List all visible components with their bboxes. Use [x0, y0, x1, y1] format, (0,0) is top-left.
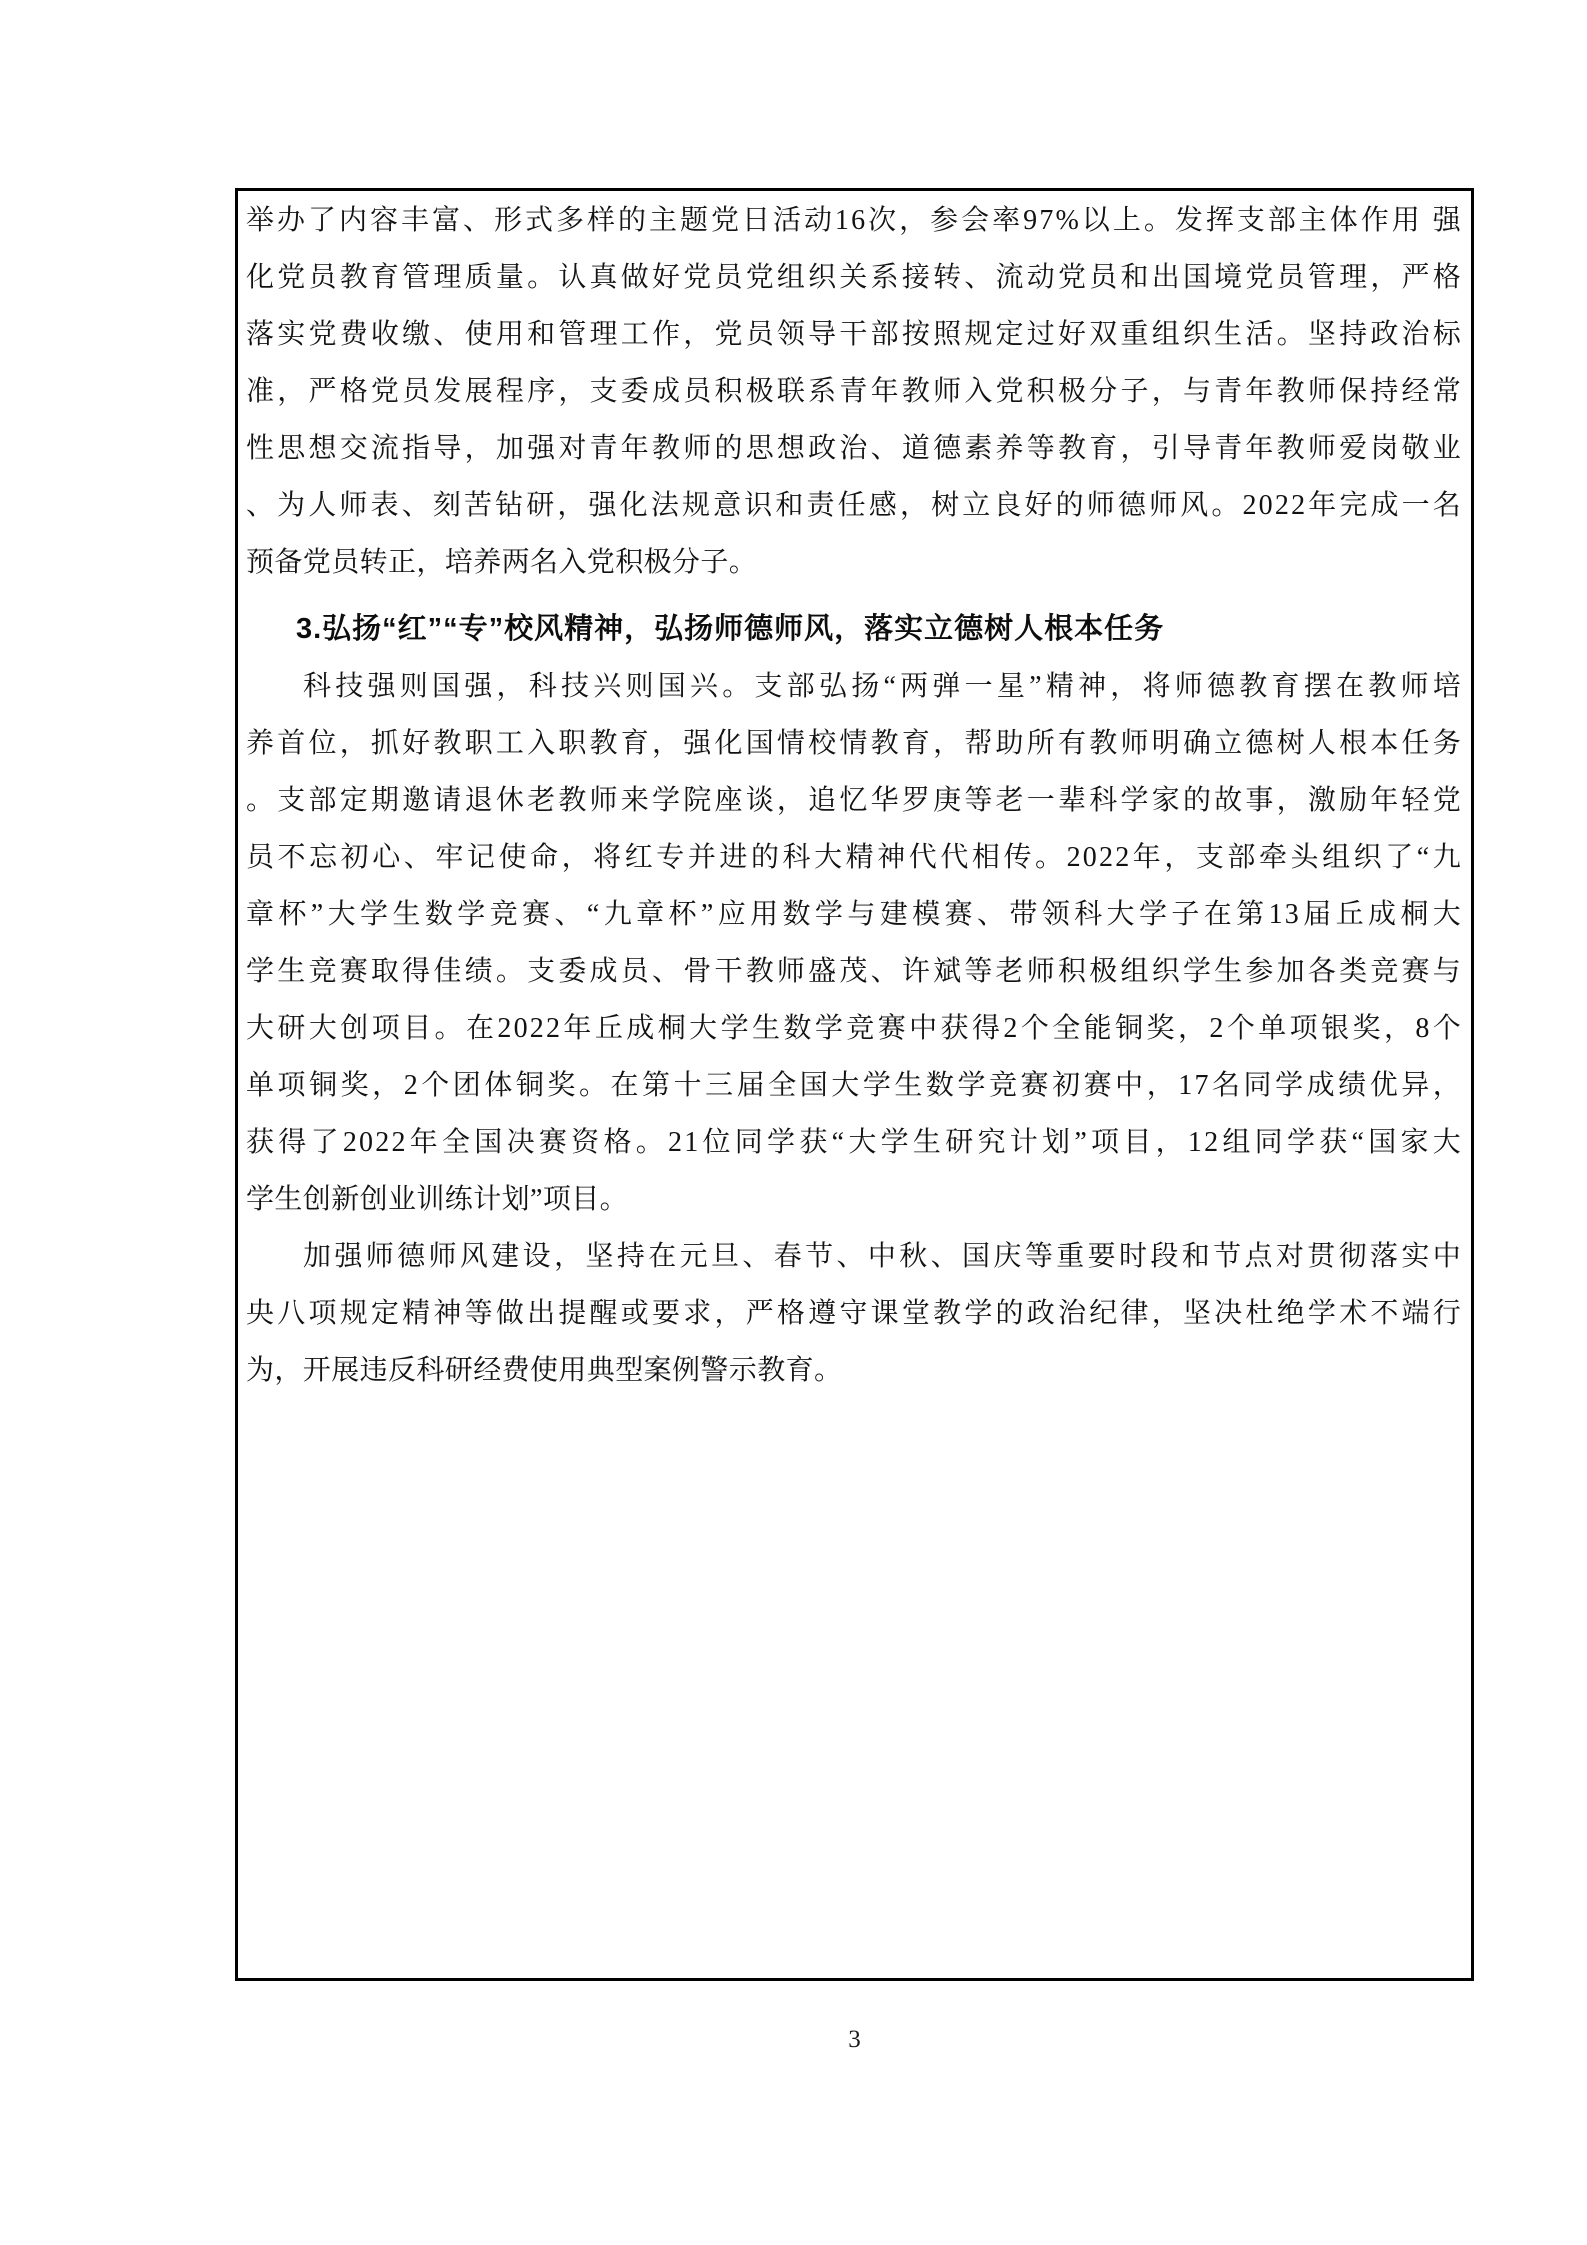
text-line: 落实党费收缴、使用和管理工作，党员领导干部按照规定过好双重组织生活。坚持政治标	[246, 306, 1463, 363]
report-table-cell: 举办了内容丰富、形式多样的主题党日活动16次，参会率97%以上。发挥支部主体作用…	[235, 188, 1474, 1981]
paragraph-party-member-management: 举办了内容丰富、形式多样的主题党日活动16次，参会率97%以上。发挥支部主体作用…	[246, 192, 1463, 591]
text-line: 准，严格党员发展程序，支委成员积极联系青年教师入党积极分子，与青年教师保持经常	[246, 363, 1463, 420]
text-line: 预备党员转正，培养两名入党积极分子。	[246, 534, 1463, 591]
text-line: 养首位，抓好教职工入职教育，强化国情校情教育，帮助所有教师明确立德树人根本任务	[246, 715, 1463, 772]
text-line: 加强师德师风建设，坚持在元旦、春节、中秋、国庆等重要时段和节点对贯彻落实中	[246, 1228, 1463, 1285]
text-line: 科技强则国强，科技兴则国兴。支部弘扬“两弹一星”精神，将师德教育摆在教师培	[246, 658, 1463, 715]
text-line: 性思想交流指导，加强对青年教师的思想政治、道德素养等教育，引导青年教师爱岗敬业	[246, 420, 1463, 477]
text-line: 举办了内容丰富、形式多样的主题党日活动16次，参会率97%以上。发挥支部主体作用…	[246, 192, 1463, 249]
text-line: 大研大创项目。在2022年丘成桐大学生数学竞赛中获得2个全能铜奖，2个单项银奖，…	[246, 1000, 1463, 1057]
section-heading-hong-zhuan: 3.弘扬“红”“专”校风精神，弘扬师德师风，落实立德树人根本任务	[246, 601, 1463, 658]
text-line: 、为人师表、刻苦钻研，强化法规意识和责任感，树立良好的师德师风。2022年完成一…	[246, 477, 1463, 534]
text-line: 为，开展违反科研经费使用典型案例警示教育。	[246, 1342, 1463, 1399]
text-line: 央八项规定精神等做出提醒或要求，严格遵守课堂教学的政治纪律，坚决杜绝学术不端行	[246, 1285, 1463, 1342]
text-line: 化党员教育管理质量。认真做好党员党组织关系接转、流动党员和出国境党员管理，严格	[246, 249, 1463, 306]
paragraph-shide-shifeng: 加强师德师风建设，坚持在元旦、春节、中秋、国庆等重要时段和节点对贯彻落实中央八项…	[246, 1228, 1463, 1399]
text-line: 章杯”大学生数学竞赛、“九章杯”应用数学与建模赛、带领科大学子在第13届丘成桐大	[246, 886, 1463, 943]
paragraph-hongzhuan-spirit: 科技强则国强，科技兴则国兴。支部弘扬“两弹一星”精神，将师德教育摆在教师培养首位…	[246, 658, 1463, 1228]
page-number: 3	[235, 2026, 1474, 2054]
text-line: 单项铜奖，2个团体铜奖。在第十三届全国大学生数学竞赛初赛中，17名同学成绩优异，	[246, 1057, 1463, 1114]
text-line: 。支部定期邀请退休老教师来学院座谈，追忆华罗庚等老一辈科学家的故事，激励年轻党	[246, 772, 1463, 829]
text-line: 学生创新创业训练计划”项目。	[246, 1171, 1463, 1228]
text-line: 获得了2022年全国决赛资格。21位同学获“大学生研究计划”项目，12组同学获“…	[246, 1114, 1463, 1171]
text-line: 学生竞赛取得佳绩。支委成员、骨干教师盛茂、许斌等老师积极组织学生参加各类竞赛与	[246, 943, 1463, 1000]
text-line: 员不忘初心、牢记使命，将红专并进的科大精神代代相传。2022年，支部牵头组织了“…	[246, 829, 1463, 886]
